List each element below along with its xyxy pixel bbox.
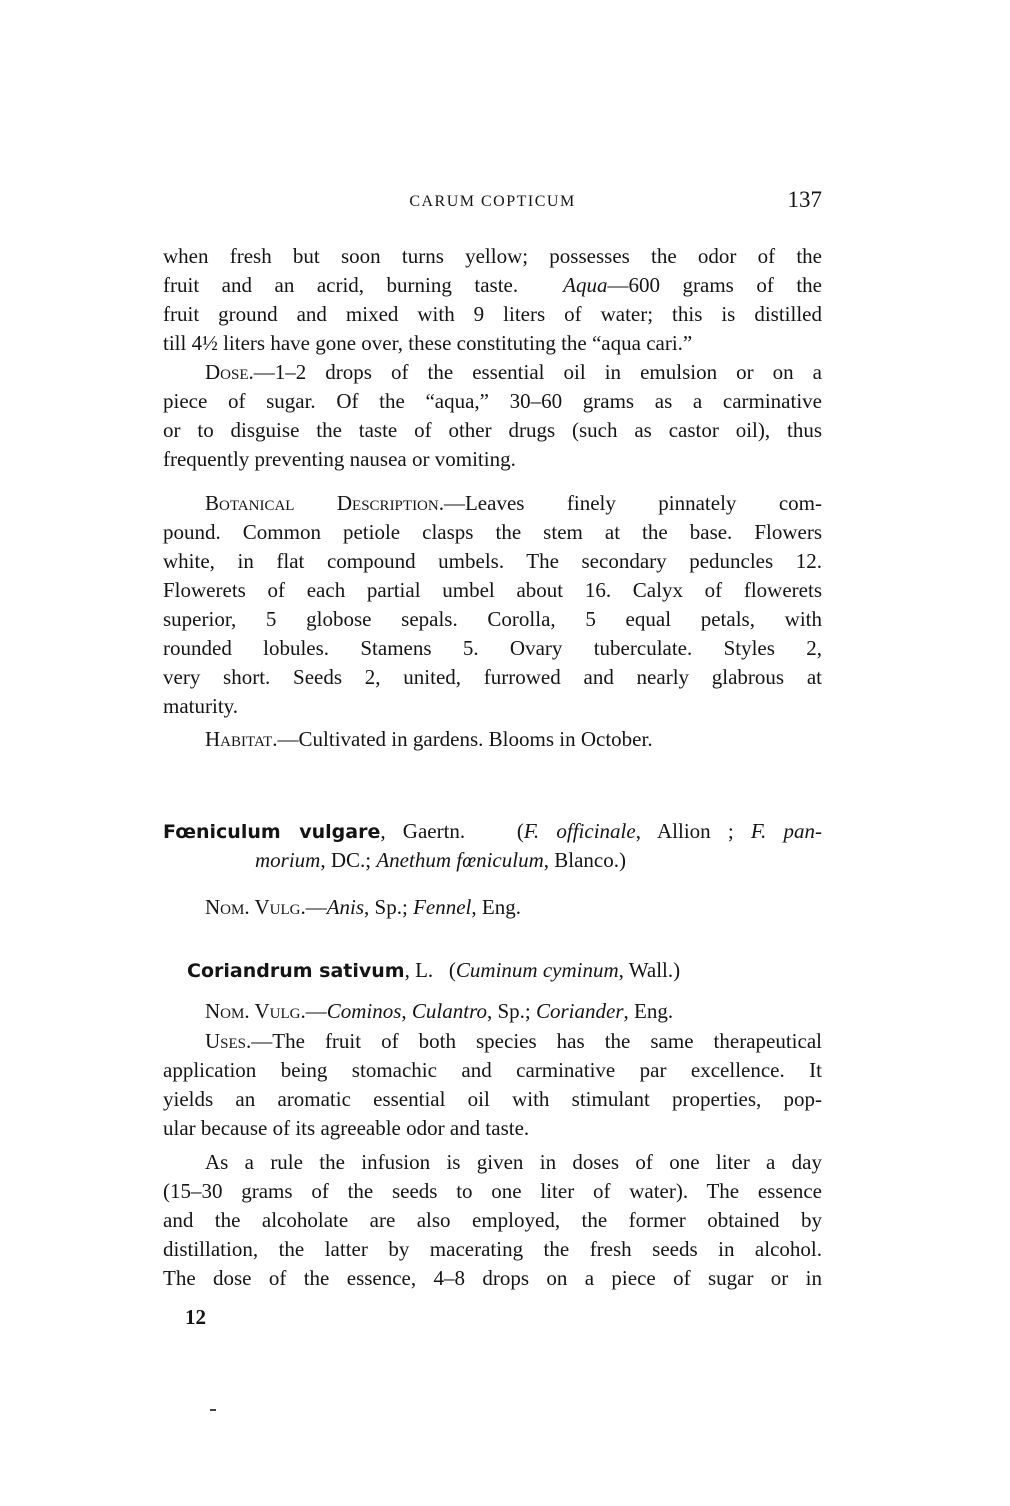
text-line: white, in flat compound umbels. The seco…	[163, 547, 822, 576]
botanical-label: Botanical Description.	[205, 491, 444, 515]
text-line: when fresh but soon turns yellow; posses…	[163, 242, 822, 271]
text-line: very short. Seeds 2, united, furrowed an…	[163, 663, 822, 692]
aqua-term: Aqua	[563, 273, 607, 297]
foeniculum-heading: Fœniculum vulgare, Gaertn. (F. officinal…	[163, 817, 822, 847]
dose-paragraph-start: Dose.—1–2 drops of the essential oil in …	[163, 358, 822, 387]
text-line: superior, 5 globose sepals. Corolla, 5 e…	[163, 605, 822, 634]
text-line: ular because of its agreeable odor and t…	[163, 1114, 822, 1143]
text-line: (15–30 grams of the seeds to one liter o…	[163, 1177, 822, 1206]
text-line: till 4½ liters have gone over, these con…	[163, 329, 822, 358]
botanical-paragraph-start: Botanical Description.—Leaves finely pin…	[163, 489, 822, 518]
habitat-paragraph: Habitat.—Cultivated in gardens. Blooms i…	[163, 725, 822, 754]
text-line: or to disguise the taste of other drugs …	[163, 416, 822, 445]
page-number: 137	[788, 187, 823, 213]
running-head: CARUM COPTICUM 137	[163, 187, 822, 217]
text-line: yields an aromatic essential oil with st…	[163, 1085, 822, 1114]
text-line: piece of sugar. Of the “aqua,” 30–60 gra…	[163, 387, 822, 416]
text-line: The dose of the essence, 4–8 drops on a …	[163, 1264, 822, 1293]
foeniculum-vernacular: Nom. Vulg.—Anis, Sp.; Fennel, Eng.	[163, 893, 822, 922]
coriandrum-heading: Coriandrum sativum, L. (Cuminum cyminum,…	[163, 956, 822, 986]
uses-label: Uses.	[205, 1029, 251, 1053]
text-line: distillation, the latter by macerating t…	[163, 1235, 822, 1264]
foeniculum-synonyms: morium, DC.; Anethum fœniculum, Blanco.)	[163, 846, 822, 875]
dose-label: Dose.	[205, 360, 254, 384]
running-title: CARUM COPTICUM	[163, 193, 822, 211]
habitat-label: Habitat.	[205, 727, 278, 751]
text-line: maturity.	[163, 692, 822, 721]
species-name: Coriandrum sativum	[187, 960, 405, 982]
coriandrum-vernacular: Nom. Vulg.—Cominos, Culantro, Sp.; Coria…	[163, 997, 822, 1026]
text-line: and the alcoholate are also employed, th…	[163, 1206, 822, 1235]
signature-mark: 12	[185, 1305, 206, 1330]
text-line: fruit and an acrid, burning taste. Aqua—…	[163, 271, 822, 300]
scan-artifact-dash	[210, 1409, 216, 1411]
text-line: application being stomachic and carminat…	[163, 1056, 822, 1085]
text-line: frequently preventing nausea or vomiting…	[163, 445, 822, 474]
text-line: pound. Common petiole clasps the stem at…	[163, 518, 822, 547]
text-line: As a rule the infusion is given in doses…	[163, 1148, 822, 1177]
text-line: rounded lobules. Stamens 5. Ovary tuberc…	[163, 634, 822, 663]
text-line: Flowerets of each partial umbel about 16…	[163, 576, 822, 605]
nom-vulg-label: Nom. Vulg.	[205, 999, 306, 1023]
nom-vulg-label: Nom. Vulg.	[205, 895, 306, 919]
text-line: fruit ground and mixed with 9 liters of …	[163, 300, 822, 329]
uses-paragraph-start: Uses.—The fruit of both species has the …	[163, 1027, 822, 1056]
species-name: Fœniculum vulgare	[163, 821, 380, 843]
